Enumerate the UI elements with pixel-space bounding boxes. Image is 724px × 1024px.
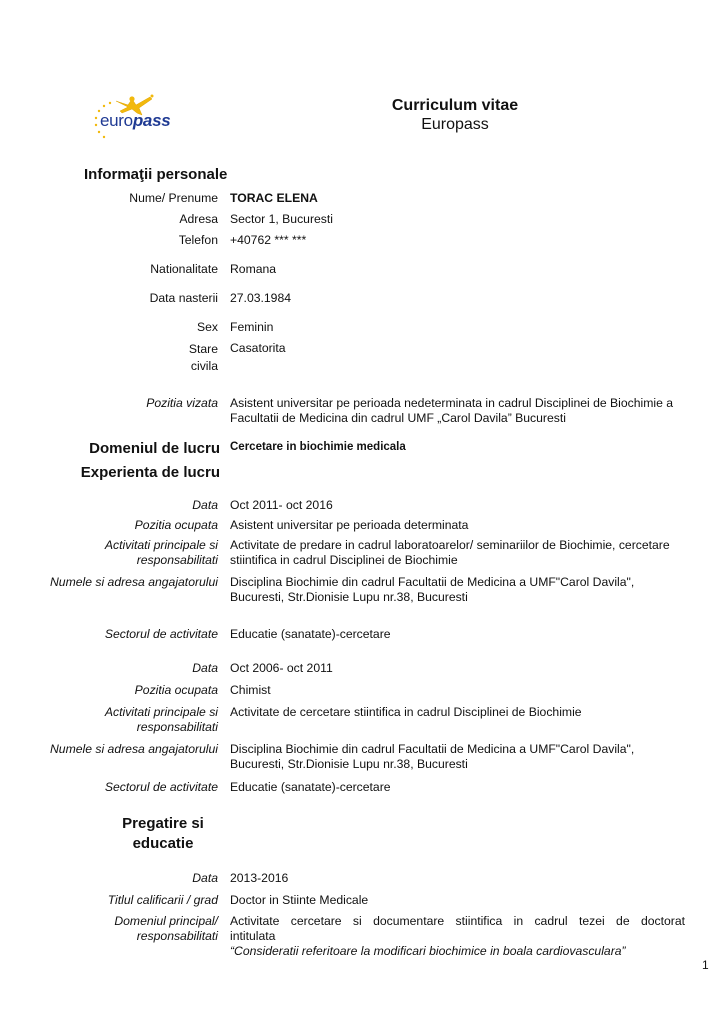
field-value: Feminin	[230, 320, 685, 335]
logo-wordmark: europass	[100, 111, 170, 131]
field-label: Domeniul principal/responsabilitati	[114, 914, 218, 944]
field-value: Chimist	[230, 683, 685, 698]
field-label: Adresa	[179, 212, 218, 227]
field-label: Nationalitate	[150, 262, 218, 277]
field-label: Sex	[197, 320, 218, 335]
domain-value: Cercetare in biochimie medicala	[230, 440, 685, 455]
europass-logo: europass	[92, 93, 182, 141]
field-value: Doctor in Stiinte Medicale	[230, 893, 685, 908]
field-label: Data	[192, 498, 218, 513]
field-label: Sectorul de activitate	[105, 627, 218, 642]
field-label: Pozitia ocupata	[135, 518, 218, 533]
field-label: Activitati principale siresponsabilitati	[105, 538, 218, 568]
field-label: Data	[192, 661, 218, 676]
field-value: Activitate de cercetare stiintifica in c…	[230, 705, 685, 720]
field-value: Educatie (sanatate)-cercetare	[230, 780, 685, 795]
field-label: Data nasterii	[150, 291, 218, 306]
field-label: Starecivila	[189, 341, 218, 375]
field-value: +40762 *** ***	[230, 233, 685, 248]
field-value: Romana	[230, 262, 685, 277]
field-label: Activitati principale siresponsabilitati	[105, 705, 218, 735]
domain-heading: Domeniul de lucru	[89, 440, 220, 457]
field-value: Disciplina Biochimie din cadrul Facultat…	[230, 742, 685, 772]
field-value: Activitate de predare in cadrul laborato…	[230, 538, 685, 568]
field-label: Pozitia ocupata	[135, 683, 218, 698]
page-number: 1	[702, 958, 709, 972]
field-label: Pozitia vizata	[146, 396, 218, 411]
education-heading: Pregatire sieducatie	[108, 814, 218, 854]
cv-title: Curriculum vitae	[330, 97, 580, 115]
field-value: Casatorita	[230, 341, 685, 356]
field-value: Asistent universitar pe perioada nedeter…	[230, 396, 685, 426]
field-value: Oct 2011- oct 2016	[230, 498, 685, 513]
field-label: Nume/ Prenume	[129, 191, 218, 206]
cv-page: europass Curriculum vitae Europass Infor…	[0, 0, 724, 1024]
field-value: TORAC ELENA	[230, 191, 685, 206]
field-value: 2013-2016	[230, 871, 685, 886]
field-label: Numele si adresa angajatorului	[50, 742, 218, 757]
field-value: Asistent universitar pe perioada determi…	[230, 518, 685, 533]
field-value: 27.03.1984	[230, 291, 685, 306]
cv-subtitle: Europass	[330, 116, 580, 134]
personal-info-heading: Informaţii personale	[84, 166, 227, 183]
field-value: Oct 2006- oct 2011	[230, 661, 685, 676]
field-label: Titlul calificarii / grad	[108, 893, 218, 908]
experience-heading: Experienta de lucru	[81, 464, 220, 481]
field-label: Data	[192, 871, 218, 886]
field-value: Educatie (sanatate)-cercetare	[230, 627, 685, 642]
field-value: Activitate cercetare si documentare stii…	[230, 914, 685, 959]
field-label: Numele si adresa angajatorului	[50, 575, 218, 590]
field-label: Sectorul de activitate	[105, 780, 218, 795]
field-value: Disciplina Biochimie din cadrul Facultat…	[230, 575, 685, 605]
field-label: Telefon	[179, 233, 218, 248]
field-value: Sector 1, Bucuresti	[230, 212, 685, 227]
